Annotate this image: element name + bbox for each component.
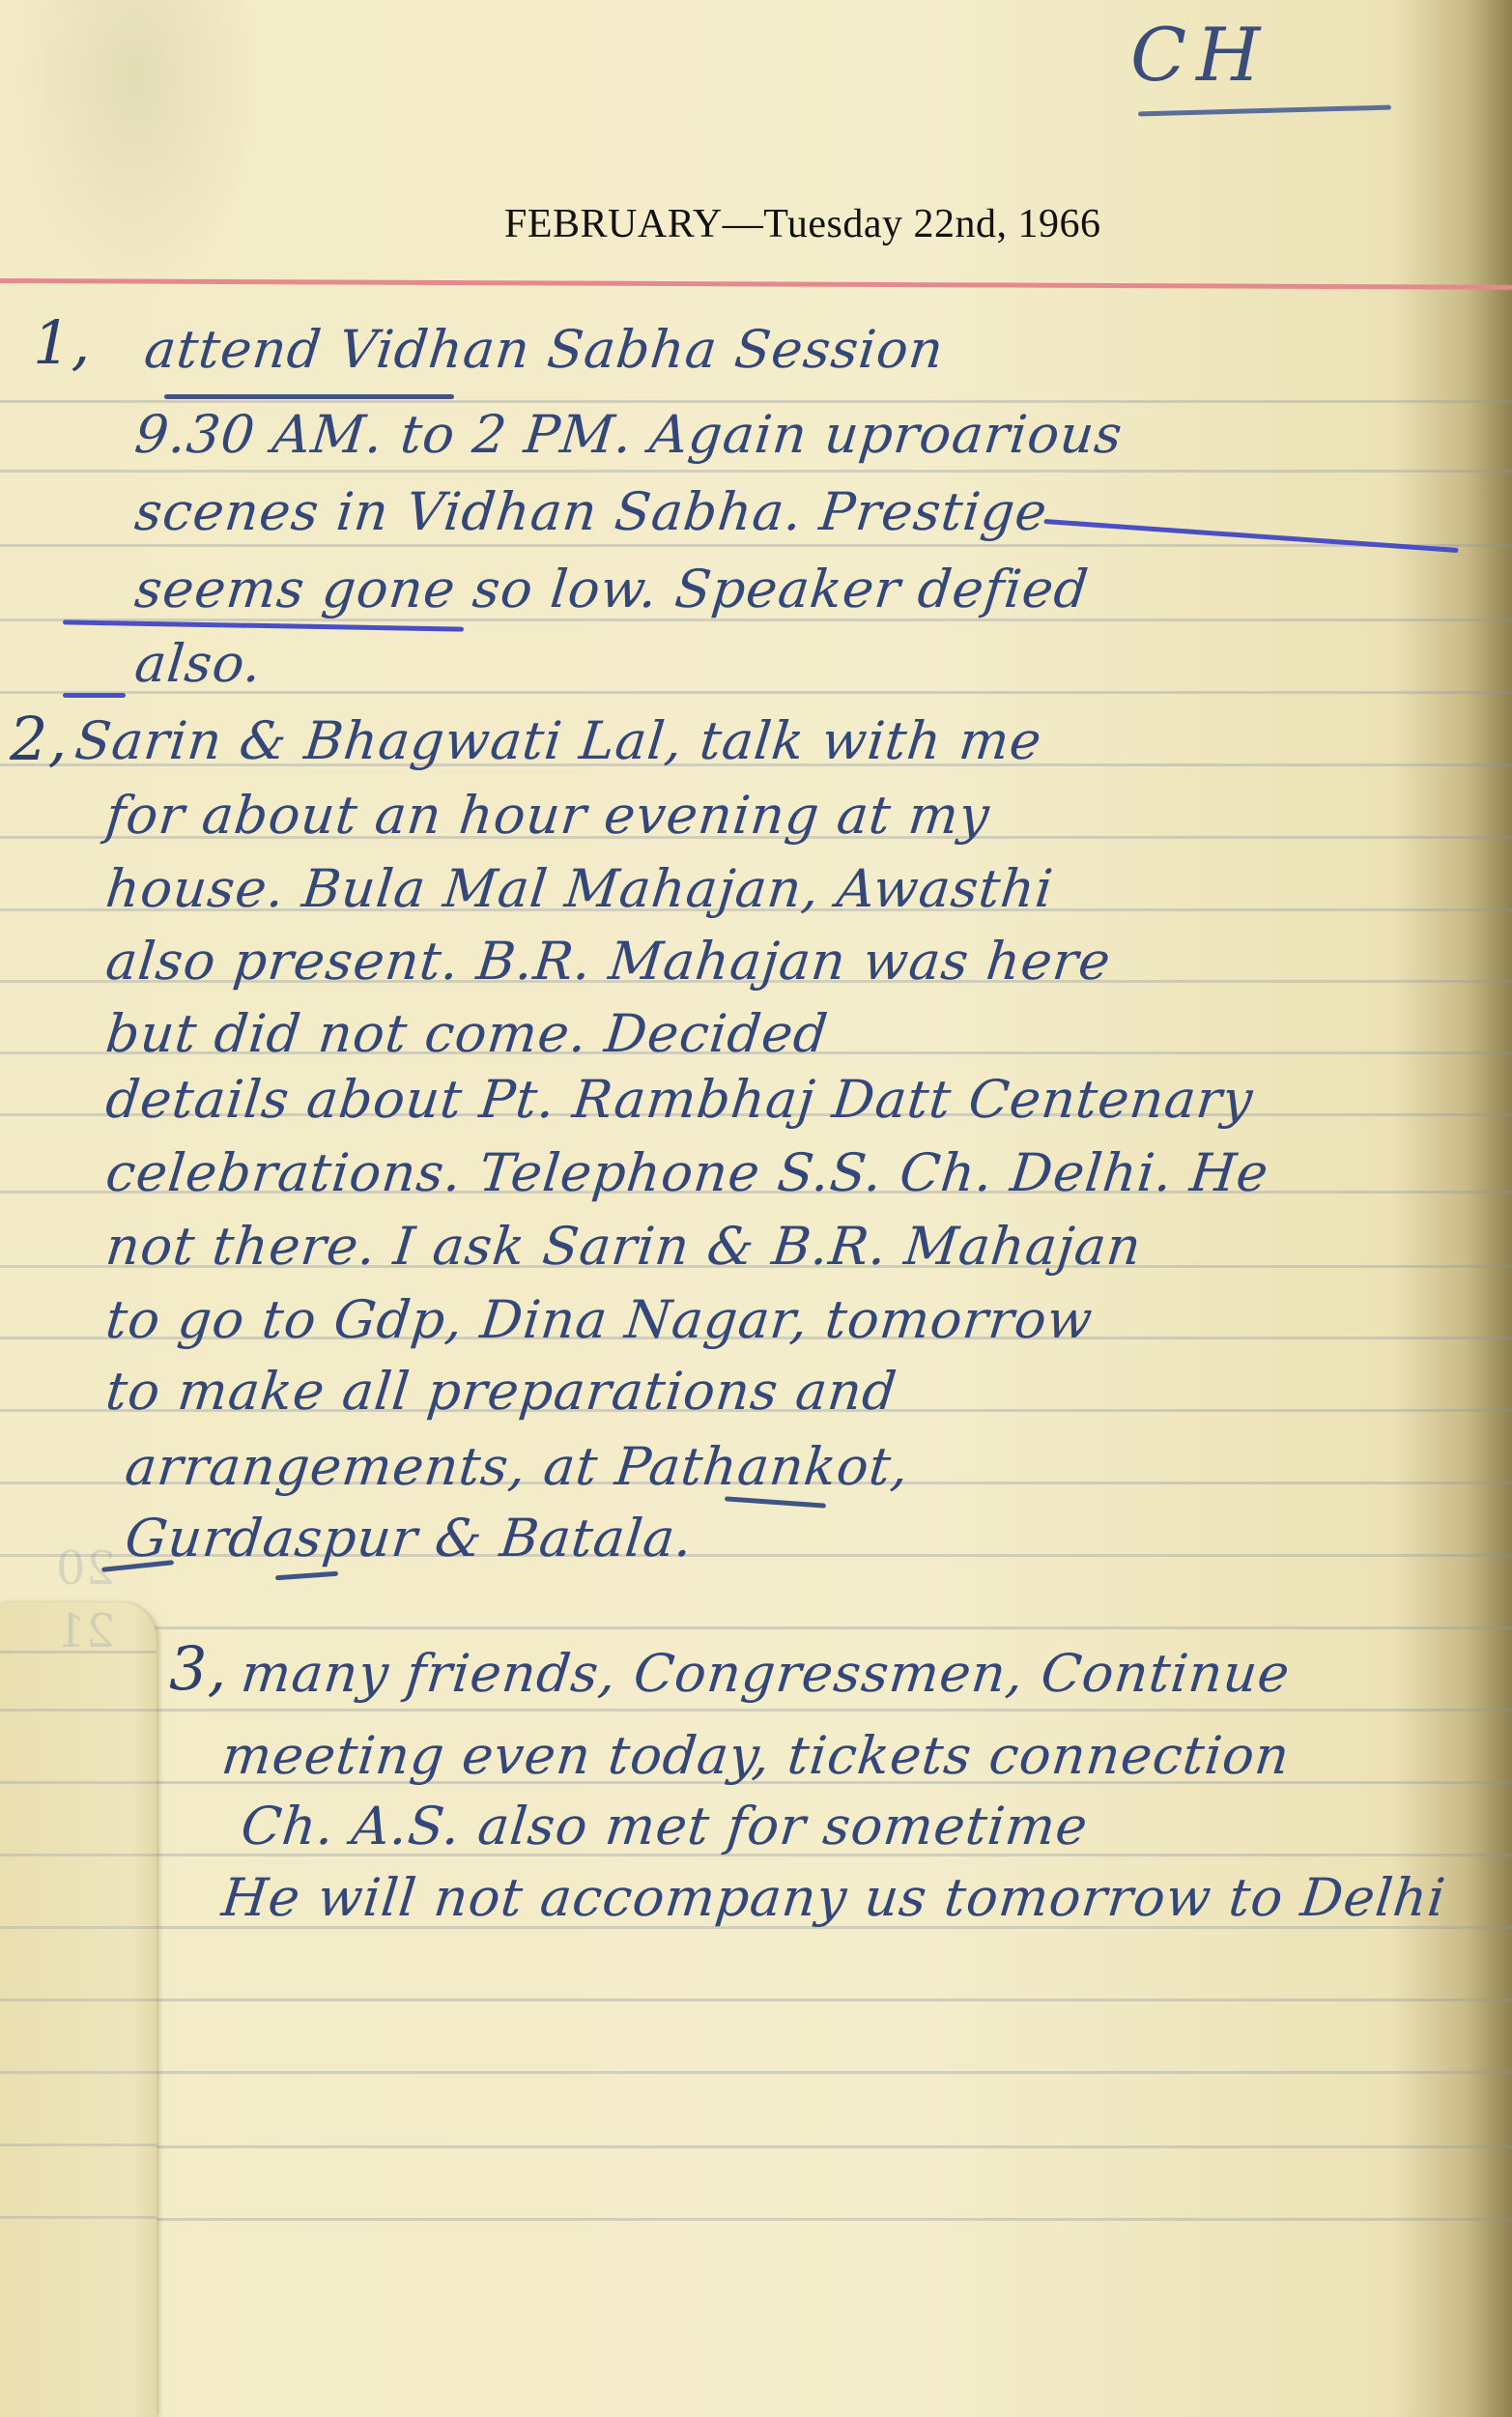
underline (275, 1571, 338, 1581)
entry-2-line: Gurdaspur & Batala. (123, 1508, 697, 1568)
entry-2-line: also present. B.R. Mahajan was here (103, 931, 1114, 992)
entry-number: 3, (169, 1633, 226, 1704)
printed-date-header: FEBRUARY—Tuesday 22nd, 1966 (504, 201, 1101, 247)
entry-2-line: for about an hour evening at my (103, 785, 993, 846)
ruled-line (0, 470, 1512, 473)
ruled-line (0, 2071, 1512, 2074)
ruled-line (0, 1999, 1512, 2001)
ruled-line (0, 1854, 157, 1856)
entry-1-line: seems gone so low. Speaker defied (132, 559, 1092, 619)
header-red-rule (0, 278, 1512, 290)
ruled-line (0, 1626, 1512, 1629)
ruled-line (0, 1999, 157, 2001)
ruled-line (0, 400, 1512, 403)
entry-3-line: He will not accompany us tomorrow to Del… (219, 1867, 1449, 1928)
ruled-line (0, 2218, 1512, 2221)
underline (725, 1496, 826, 1508)
underline (63, 693, 126, 698)
entry-2-line: arrangements, at Pathankot, (123, 1436, 912, 1497)
entry-number: 2, (10, 704, 67, 774)
entry-3-line: Ch. A.S. also met for sometime (239, 1796, 1091, 1856)
underline (164, 394, 454, 399)
underline (1043, 519, 1458, 553)
folded-page-tab (0, 1602, 157, 2417)
entry-2-line: celebrations. Telephone S.S. Ch. Delhi. … (103, 1142, 1272, 1203)
underline (63, 619, 464, 631)
entry-1-line: 9.30 AM. to 2 PM. Again uproarious (132, 404, 1126, 465)
entry-3-line: meeting even today, tickets connection (219, 1725, 1293, 1786)
initials-mark: CH (1130, 12, 1270, 98)
entry-2-line: not there. I ask Sarin & B.R. Mahajan (103, 1216, 1145, 1277)
ruled-line (0, 2145, 1512, 2148)
entry-1-line: scenes in Vidhan Sabha. Prestige (132, 481, 1051, 542)
entry-2-line: to go to Gdp, Dina Nagar, tomorrow (103, 1289, 1097, 1350)
bleed-through-number: 21 (56, 1604, 115, 1658)
diary-page: 20 21 CH FEBRUARY—Tuesday 22nd, 1966 1, … (0, 0, 1512, 2417)
ruled-line (0, 1926, 157, 1929)
entry-1-line: also. (132, 633, 266, 694)
ruled-line (0, 544, 1512, 547)
entry-2-line: but did not come. Decided (103, 1003, 832, 1064)
entry-2-line: Sarin & Bhagwati Lal, talk with me (72, 710, 1045, 771)
entry-number: 1, (33, 307, 90, 378)
ruled-line (0, 2071, 157, 2074)
entry-2-line: to make all preparations and (103, 1361, 900, 1422)
entry-2-line: house. Bula Mal Mahajan, Awasthi (103, 858, 1057, 919)
ruled-line (0, 2144, 157, 2146)
entry-1-line: attend Vidhan Sabha Session (142, 319, 947, 380)
entry-2-line: details about Pt. Rambhaj Datt Centenary (103, 1069, 1257, 1130)
initials-underline (1138, 105, 1391, 117)
ruled-line (0, 1709, 157, 1712)
ruled-line (0, 1781, 157, 1784)
entry-3-line: many friends, Congressmen, Continue (239, 1643, 1294, 1704)
ruled-line (0, 1709, 1512, 1712)
ruled-line (0, 2216, 157, 2219)
